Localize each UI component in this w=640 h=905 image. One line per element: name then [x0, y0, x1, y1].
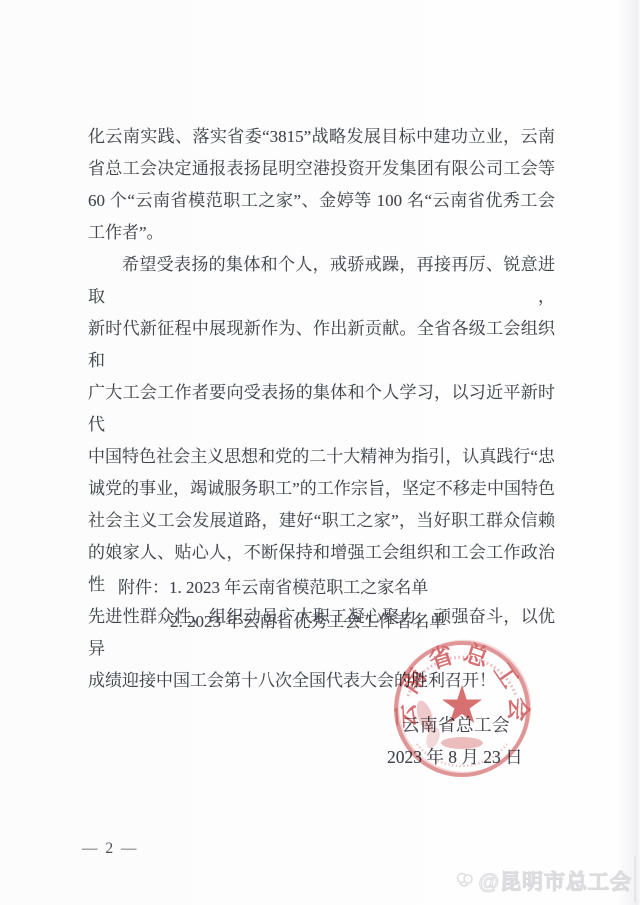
text-line: 新时代新征程中展现新作为、作出新贡献。全省各级工会组织和	[88, 313, 555, 377]
signature-organization: 云南省总工会	[402, 712, 510, 737]
signature-date: 2023 年 8 月 23 日	[387, 744, 523, 769]
paragraph-1: 化云南实践、落实省委“3815”战略发展目标中建功立业，云南 省总工会决定通报表…	[88, 121, 555, 249]
text-line: 广大工会工作者要向受表扬的集体和个人学习，以习近平新时代	[88, 377, 555, 441]
union-logo-icon	[454, 870, 476, 892]
attachments-block: 附件：1. 2023 年云南省模范职工之家名单 2. 2023 年云南省优秀工会…	[118, 571, 446, 639]
scanned-document-page: 化云南实践、落实省委“3815”战略发展目标中建功立业，云南 省总工会决定通报表…	[0, 0, 640, 905]
text-line: 诚党的事业，竭诚服务职工”的工作宗旨，坚定不移走中国特色	[88, 473, 555, 505]
watermark-text: @昆明市总工会	[479, 866, 632, 896]
text-line: 希望受表扬的集体和个人，戒骄戒躁，再接再厉、锐意进取，	[88, 249, 555, 313]
page-number: — 2 —	[82, 840, 139, 858]
page-edge-shadow	[634, 856, 636, 902]
text-line: 成绩迎接中国工会第十八次全国代表大会的胜利召开！	[88, 665, 555, 697]
text-line: 60 个“云南省模范职工之家”、金婷等 100 名“云南省优秀工会	[88, 185, 555, 217]
attachments-label: 附件：	[118, 578, 169, 597]
text-line: 省总工会决定通报表扬昆明空港投资开发集团有限公司工会等	[88, 153, 555, 185]
text-line: 工作者”。	[88, 217, 555, 249]
attachment-line: 附件：1. 2023 年云南省模范职工之家名单	[118, 571, 446, 605]
attachment-line: 2. 2023 年云南省优秀工会工作者名单	[118, 605, 446, 639]
text-line: 化云南实践、落实省委“3815”战略发展目标中建功立业，云南	[88, 121, 555, 153]
attachment-item: 1. 2023 年云南省模范职工之家名单	[169, 578, 428, 597]
watermark: @昆明市总工会	[454, 866, 632, 896]
text-line: 社会主义工会发展道路，建好“职工之家”，当好职工群众信赖	[88, 505, 555, 537]
text-line: 中国特色社会主义思想和党的二十大精神为指引，认真践行“忠	[88, 441, 555, 473]
attachment-item: 2. 2023 年云南省优秀工会工作者名单	[170, 612, 446, 631]
